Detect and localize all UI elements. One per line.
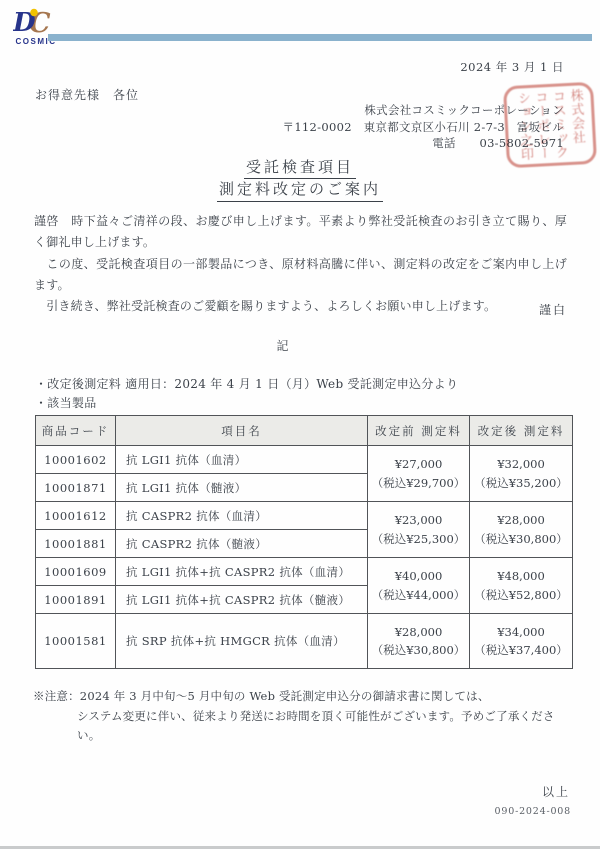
product-code: 10001602 xyxy=(36,446,116,474)
applicable-products-label: ・該当製品 xyxy=(35,394,97,411)
body-paragraph-3: 引き続き、弊社受託検査のご愛顧を賜りますよう、よろしくお願い申し上げます。 xyxy=(34,299,496,313)
price-amount: ¥23,000 xyxy=(368,511,469,529)
price-amount: ¥48,000 xyxy=(470,567,572,585)
footnote-line-2: システム変更に伴い、従来より発送にお時間を頂く可能性がございます。予めご了承くだ… xyxy=(33,707,578,746)
price-tax-included: （税込¥30,800） xyxy=(368,641,469,659)
price-after: ¥28,000 （税込¥30,800） xyxy=(470,502,573,558)
product-code: 10001891 xyxy=(36,586,116,614)
price-tax-included: （税込¥44,000） xyxy=(368,586,469,604)
document-date: 2024 年 3 月 1 日 xyxy=(460,59,564,75)
seal-column: 株式会社 xyxy=(566,88,587,159)
header-price-before: 改定前 測定料 xyxy=(368,416,470,446)
item-name: 抗 LGI1 抗体+抗 CASPR2 抗体（髄液） xyxy=(116,586,368,614)
item-name: 抗 SRP 抗体+抗 HMGCR 抗体（血清） xyxy=(116,614,368,669)
header-product-code: 商品コード xyxy=(36,416,116,446)
product-code: 10001612 xyxy=(36,502,116,530)
title-line-1: 受託検査項目 xyxy=(244,157,356,179)
item-name: 抗 CASPR2 抗体（髄液） xyxy=(116,530,368,558)
table-row: 10001612 抗 CASPR2 抗体（血清） ¥23,000 （税込¥25,… xyxy=(36,502,573,530)
price-tax-included: （税込¥35,200） xyxy=(470,474,572,492)
price-amount: ¥28,000 xyxy=(470,511,572,529)
end-of-document-mark: 以上 xyxy=(542,783,570,800)
recipient-line: お得意先様 各位 xyxy=(35,86,139,103)
item-name: 抗 LGI1 抗体+抗 CASPR2 抗体（血清） xyxy=(116,558,368,586)
item-name: 抗 LGI1 抗体（血清） xyxy=(116,446,368,474)
header-accent-bar xyxy=(48,34,592,41)
price-after: ¥34,000 （税込¥37,400） xyxy=(470,614,573,669)
body-paragraph-2: この度、受託検査項目の一部製品につき、原材料高騰に伴い、測定料の改定をご案内申し… xyxy=(34,257,567,292)
price-after: ¥48,000 （税込¥52,800） xyxy=(470,558,573,614)
table-row: 10001581 抗 SRP 抗体+抗 HMGCR 抗体（血清） ¥28,000… xyxy=(36,614,573,669)
document-title: 受託検査項目 測定料改定のご案内 xyxy=(0,157,600,202)
seal-column: コスミック xyxy=(548,89,569,160)
document-number: 090-2024-008 xyxy=(495,806,571,817)
price-amount: ¥28,000 xyxy=(368,623,469,641)
price-tax-included: （税込¥25,300） xyxy=(368,530,469,548)
price-amount: ¥40,000 xyxy=(368,567,469,585)
item-name: 抗 CASPR2 抗体（血清） xyxy=(116,502,368,530)
price-tax-included: （税込¥37,400） xyxy=(470,641,572,659)
price-amount: ¥34,000 xyxy=(470,623,572,641)
product-code: 10001581 xyxy=(36,614,116,669)
price-before: ¥27,000 （税込¥29,700） xyxy=(368,446,470,502)
price-tax-included: （税込¥30,800） xyxy=(470,530,572,548)
price-before: ¥40,000 （税込¥44,000） xyxy=(368,558,470,614)
item-name: 抗 LGI1 抗体（髄液） xyxy=(116,474,368,502)
price-after: ¥32,000 （税込¥35,200） xyxy=(470,446,573,502)
cosmic-logo-icon: C D xyxy=(13,7,59,37)
seal-column: コーポレー xyxy=(531,90,552,161)
closing-salutation: 謹白 xyxy=(539,301,567,318)
price-amount: ¥32,000 xyxy=(470,455,572,473)
table-row: 10001609 抗 LGI1 抗体+抗 CASPR2 抗体（血清） ¥40,0… xyxy=(36,558,573,586)
title-line-2: 測定料改定のご案内 xyxy=(217,179,383,201)
document-page: C D COSMIC 2024 年 3 月 1 日 お得意先様 各位 株式会社コ… xyxy=(0,0,600,849)
footnote-line-1: ※注意：2024 年 3 月中旬～5 月中旬の Web 受託測定申込分の御請求書… xyxy=(33,687,578,707)
price-tax-included: （税込¥52,800） xyxy=(470,586,572,604)
price-amount: ¥27,000 xyxy=(368,455,469,473)
body-paragraph-1: 謹啓 時下益々ご清祥の段、お慶び申し上げます。平素より弊社受託検査のお引き立て賜… xyxy=(34,214,567,249)
price-before: ¥23,000 （税込¥25,300） xyxy=(368,502,470,558)
price-before: ¥28,000 （税込¥30,800） xyxy=(368,614,470,669)
company-seal-text: 株式会社 コスミック コーポレー ション之印 xyxy=(513,88,587,162)
body-text: 謹啓 時下益々ご清祥の段、お慶び申し上げます。平素より弊社受託検査のお引き立て賜… xyxy=(34,211,567,318)
product-code: 10001881 xyxy=(36,530,116,558)
price-revision-table: 商品コード 項目名 改定前 測定料 改定後 測定料 10001602 抗 LGI… xyxy=(35,415,573,669)
company-seal-stamp: 株式会社 コスミック コーポレー ション之印 xyxy=(503,82,597,169)
product-code: 10001609 xyxy=(36,558,116,586)
effective-date-line: ・改定後測定料 適用日：2024 年 4 月 1 日（月）Web 受託測定申込分… xyxy=(35,375,458,392)
record-mark: 記 xyxy=(0,337,567,354)
footnote: ※注意：2024 年 3 月中旬～5 月中旬の Web 受託測定申込分の御請求書… xyxy=(33,687,578,746)
table-row: 10001602 抗 LGI1 抗体（血清） ¥27,000 （税込¥29,70… xyxy=(36,446,573,474)
price-tax-included: （税込¥29,700） xyxy=(368,474,469,492)
header-price-after: 改定後 測定料 xyxy=(470,416,573,446)
product-code: 10001871 xyxy=(36,474,116,502)
table-header-row: 商品コード 項目名 改定前 測定料 改定後 測定料 xyxy=(36,416,573,446)
header-item-name: 項目名 xyxy=(116,416,368,446)
